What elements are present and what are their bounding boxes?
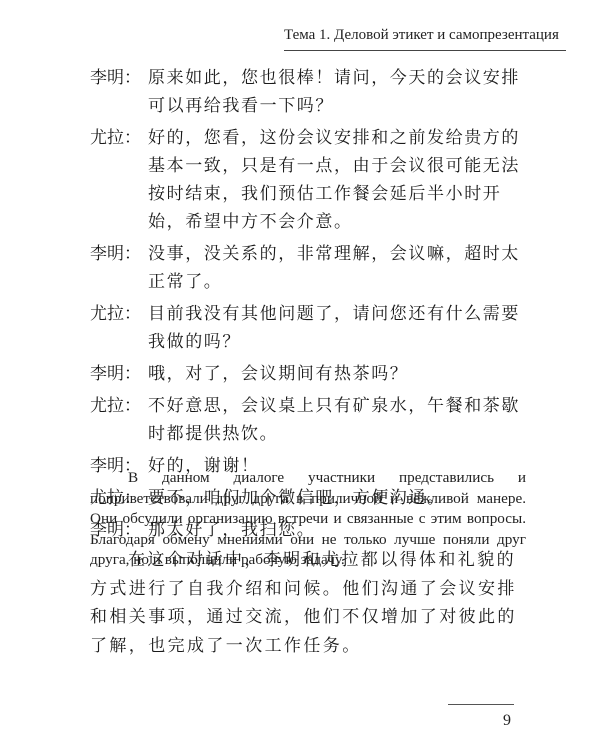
utterance: 好的，您看，这份会议安排和之前发给贵方的基本一致，只是有一点，由于会议很可能无法… xyxy=(148,124,530,236)
utterance: 原来如此，您也很棒！请问，今天的会议安排可以再给我看一下吗？ xyxy=(148,64,530,120)
utterance: 目前我没有其他问题了，请问您还有什么需要我做的吗？ xyxy=(148,300,530,356)
speaker-label: 尤拉： xyxy=(90,124,148,236)
speaker-label: 尤拉： xyxy=(90,300,148,356)
dialogue-turn: 李明： 哦，对了，会议期间有热茶吗？ xyxy=(90,360,530,388)
running-header: Тема 1. Деловой этикет и самопрезентация xyxy=(284,26,566,51)
chapter-title: Тема 1. Деловой этикет и самопрезентация xyxy=(284,26,566,44)
utterance: 没事，没关系的，非常理解，会议嘛，超时太正常了。 xyxy=(148,240,530,296)
utterance: 不好意思，会议桌上只有矿泉水，午餐和茶歇时都提供热饮。 xyxy=(148,392,530,448)
dialogue-turn: 李明： 没事，没关系的，非常理解，会议嘛，超时太正常了。 xyxy=(90,240,530,296)
speaker-label: 李明： xyxy=(90,64,148,120)
dialogue-turn: 尤拉： 好的，您看，这份会议安排和之前发给贵方的基本一致，只是有一点，由于会议很… xyxy=(90,124,530,236)
page-number: 9 xyxy=(503,712,511,730)
utterance: 哦，对了，会议期间有热茶吗？ xyxy=(148,360,530,388)
speaker-label: 尤拉： xyxy=(90,392,148,448)
dialogue-turn: 尤拉： 目前我没有其他问题了，请问您还有什么需要我做的吗？ xyxy=(90,300,530,356)
speaker-label: 李明： xyxy=(90,360,148,388)
summary-chinese: 在这个对话中，李明和尤拉都以得体和礼貌的方式进行了自我介绍和问候。他们沟通了会议… xyxy=(90,546,530,660)
header-rule xyxy=(284,50,566,51)
dialogue-turn: 尤拉： 不好意思，会议桌上只有矿泉水，午餐和茶歇时都提供热饮。 xyxy=(90,392,530,448)
dialogue-turn: 李明： 原来如此，您也很棒！请问，今天的会议安排可以再给我看一下吗？ xyxy=(90,64,530,120)
speaker-label: 李明： xyxy=(90,240,148,296)
footer-rule xyxy=(448,704,514,705)
